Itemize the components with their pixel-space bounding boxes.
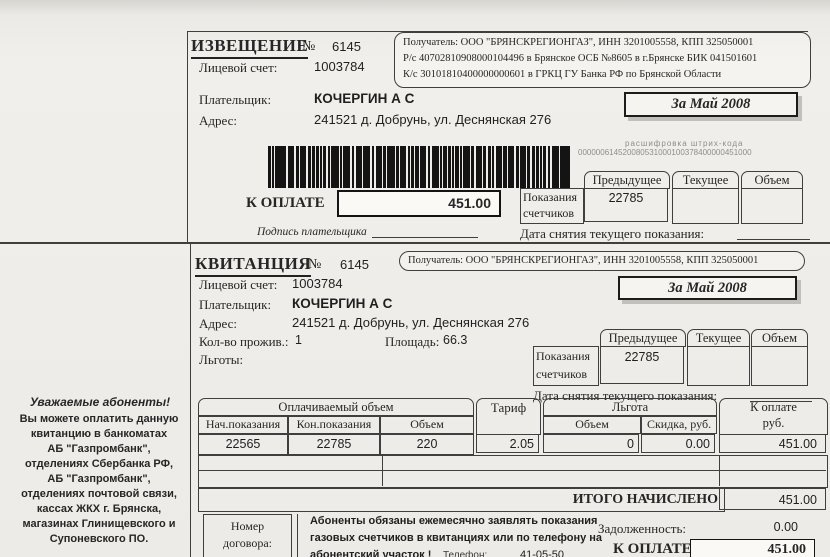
receipt-period-box: За Май 2008	[618, 276, 797, 300]
contract-number-box: Номер договора:	[203, 514, 292, 557]
charges-sub-benefit-volume: Объем	[543, 415, 641, 434]
area-label: Площадь:	[385, 334, 439, 350]
notice-account-label: Лицевой счет:	[199, 60, 277, 76]
residents-value: 1	[295, 333, 302, 347]
note-line-1: Абоненты обязаны ежемесячно заявлять пок…	[310, 515, 597, 527]
residents-label: Кол-во прожив.:	[199, 334, 289, 350]
charges-empty-divider-v1	[382, 455, 383, 486]
notice-address-label: Адрес:	[199, 113, 237, 129]
recipient-line-3: К/с 30101810400000000601 в ГРКЦ ГУ Банка…	[403, 67, 802, 83]
note-left-line	[297, 514, 298, 557]
notice-pay-label: К ОПЛАТЕ	[246, 195, 325, 212]
receipt-account-label: Лицевой счет:	[199, 277, 277, 293]
benefits-label: Льготы:	[199, 352, 243, 368]
charges-sub-discount: Скидка, руб.	[641, 415, 717, 434]
receipt-address-label: Адрес:	[199, 316, 237, 332]
receipt-meter-col-previous: Предыдущее	[600, 329, 686, 347]
charges-group-to-pay: К оплате руб.	[719, 398, 828, 435]
receipt-account-value: 1003784	[292, 276, 343, 291]
sidebar-line: АБ "Газпромбанк",	[10, 472, 188, 487]
receipt-meter-volume-value	[751, 346, 808, 386]
debt-value: 0.00	[740, 520, 798, 534]
charges-total-label-cell: ИТОГО НАЧИСЛЕНО	[198, 488, 725, 512]
notice-meter-date-blank	[737, 228, 810, 240]
notice-meter-current-value	[672, 188, 739, 224]
notice-number-sign: №	[302, 39, 315, 55]
meter-rows-label-line1: Показания	[534, 347, 598, 365]
notice-number: 6145	[332, 39, 361, 54]
notice-pay-amount-box: 451.00	[337, 190, 501, 217]
receipt-title: КВИТАНЦИЯ	[195, 254, 311, 277]
phone-value: 41-05-50	[520, 549, 564, 557]
notice-payer-value: КОЧЕРГИН А С	[314, 91, 414, 106]
notice-meter-col-current: Текущее	[672, 171, 739, 189]
notice-period-box: За Май 2008	[624, 92, 798, 117]
barcode-digits: 000000614520080531000100378400000451000	[578, 148, 752, 157]
notice-address-value: 241521 д. Добрунь, ул. Деснянская 276	[314, 112, 551, 127]
sidebar-line: Вы можете оплатить данную	[10, 412, 188, 427]
charges-value-tariff: 2.05	[476, 434, 539, 453]
recipient-line-1: Получатель: ООО "БРЯНСКРЕГИОНГАЗ", ИНН 3…	[403, 35, 802, 51]
recipient-line-2: Р/с 40702810908000104496 в Брянское ОСБ …	[403, 51, 802, 67]
sidebar-title: Уважаемые абоненты!	[14, 395, 186, 409]
charges-empty-divider-h	[198, 470, 826, 471]
debt-label: Задолженность:	[598, 521, 686, 537]
charges-value-to-pay: 451.00	[719, 434, 826, 453]
charges-sub-volume: Объем	[380, 415, 474, 434]
receipt-payer-label: Плательщик:	[199, 297, 271, 313]
receipt-payer-value: КОЧЕРГИН А С	[292, 296, 392, 311]
receipt-recipient-box: Получатель: ООО "БРЯНСКРЕГИОНГАЗ", ИНН 3…	[399, 251, 805, 271]
charges-empty-rows	[198, 455, 828, 488]
meter-rows-label-line1: Показания	[521, 189, 583, 205]
contract-label-line2: договора:	[204, 535, 291, 551]
sidebar-text: Вы можете оплатить данную квитанцию в ба…	[10, 412, 188, 547]
notice-meter-rows-label: Показания счетчиков	[520, 188, 584, 224]
sidebar-line: квитанцию в банкоматах	[10, 427, 188, 442]
sidebar-line: магазинах Глинищевского и	[10, 517, 188, 532]
receipt-meter-rows-label: Показания счетчиков	[533, 346, 599, 386]
charges-table: Оплачиваемый объем Тариф Льгота К оплате…	[198, 398, 828, 512]
section-separator-line	[0, 242, 830, 244]
signature-blank	[372, 226, 478, 238]
notice-payer-label: Плательщик:	[199, 92, 271, 108]
meter-rows-label-line2: счетчиков	[521, 205, 583, 221]
phone-label: Телефон:	[443, 550, 487, 557]
note-line-2: газовых счетчиков в квитанциях или по те…	[310, 532, 602, 544]
charges-value-benefit-volume: 0	[543, 434, 639, 453]
note-line-3: абонентский участок !	[310, 549, 431, 557]
charges-empty-divider-v2	[719, 455, 720, 486]
charges-group-tariff: Тариф	[476, 398, 541, 435]
notice-meter-date-label: Дата снятия текущего показания:	[520, 226, 704, 242]
receipt-meter-current-value	[687, 346, 750, 386]
barcode-caption: расшифровка штрих-кода	[625, 139, 744, 148]
notice-title: ИЗВЕЩЕНИЕ	[191, 36, 308, 59]
notice-left-line	[187, 31, 188, 242]
charges-value-end: 22785	[288, 434, 380, 455]
receipt-address-value: 241521 д. Добрунь, ул. Деснянская 276	[292, 315, 529, 330]
charges-total-value: 451.00	[719, 488, 826, 510]
charges-sub-end: Кон.показания	[288, 415, 380, 434]
notice-recipient-box: Получатель: ООО "БРЯНСКРЕГИОНГАЗ", ИНН 3…	[394, 32, 811, 88]
barcode	[268, 146, 570, 188]
scanned-gas-receipt: ИЗВЕЩЕНИЕ № 6145 Лицевой счет: 1003784 П…	[0, 0, 830, 557]
area-value: 66.3	[443, 333, 467, 347]
receipt-number: 6145	[340, 257, 369, 272]
notice-account-value: 1003784	[314, 59, 365, 74]
sidebar-line: АБ "Газпромбанк",	[10, 442, 188, 457]
signature-label: Подпись плательщика	[257, 226, 367, 238]
receipt-left-line	[190, 244, 191, 557]
receipt-meter-previous-value: 22785	[600, 346, 684, 384]
notice-meter-volume-value	[741, 188, 803, 224]
notice-meter-col-previous: Предыдущее	[584, 171, 670, 189]
sidebar-line: Супоневского ПО.	[10, 532, 188, 547]
charges-value-volume: 220	[380, 434, 474, 455]
receipt-pay-amount-box: 451.00	[690, 539, 815, 557]
receipt-pay-label: К ОПЛАТЕ	[613, 541, 692, 557]
receipt-number-sign: №	[308, 257, 321, 273]
charges-group-tariff-label: Тариф	[477, 399, 540, 416]
charges-group-to-pay-label: К оплате	[720, 399, 827, 416]
sidebar-line: отделениях почтовой связи,	[10, 487, 188, 502]
charges-total-label: ИТОГО НАЧИСЛЕНО	[573, 492, 718, 507]
contract-label-line1: Номер	[204, 515, 291, 535]
sidebar-line: отделениях Сбербанка РФ,	[10, 457, 188, 472]
notice-meter-previous-value: 22785	[584, 188, 668, 222]
charges-value-start: 22565	[198, 434, 288, 455]
charges-value-discount: 0.00	[641, 434, 715, 453]
receipt-meter-col-current: Текущее	[687, 329, 750, 347]
notice-meter-col-volume: Объем	[741, 171, 803, 189]
charges-sub-start: Нач.показания	[198, 415, 288, 434]
receipt-meter-col-volume: Объем	[751, 329, 808, 347]
charges-sub-rub: руб.	[720, 416, 827, 431]
meter-rows-label-line2: счетчиков	[534, 365, 598, 383]
sidebar-line: кассах ЖКХ г. Брянска,	[10, 502, 188, 517]
